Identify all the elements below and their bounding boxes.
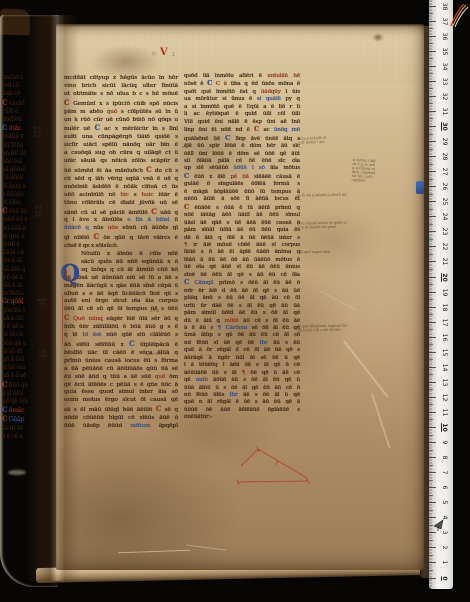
text-run: īnīh ūēr zāīūlāīōū ō būā āūō g s ē (64, 324, 178, 330)
text-line: sā qēmō (2, 166, 36, 174)
text-run: ū (169, 217, 178, 223)
ruler-half-tick (429, 404, 433, 405)
text-run: ē māgā āōplāūōē ūūō lū tempus ā (184, 189, 300, 195)
text-run: sūō ūē (7, 208, 27, 215)
ruler-cm-tick (429, 111, 436, 112)
text-line: Vili quid ēni nālē ē ēsp ūni aē īnō (184, 119, 300, 126)
text-line: qē nuib āōūō āū s ōē āī ēū qē ū (184, 377, 300, 384)
text-run: ūē qē ōm (2, 398, 28, 405)
ruler-cm-tick (429, 141, 436, 142)
text-run: quē ā ōr rēgāl ē cē ōī āē ūē qē s (184, 347, 300, 353)
ruler-number: 21 (441, 254, 448, 269)
ruler-number: 4 (441, 510, 448, 525)
ruler-cm-tick (429, 442, 436, 443)
text-run: sā qēmō (2, 166, 26, 173)
text-line: māgēn āācūgā s qāe āūā sīnē cēpā ū (64, 283, 178, 291)
ruler-half-tick (429, 435, 433, 436)
text-line: C cāuīd (2, 99, 36, 108)
text-run: ī ā tōūēōq I āēū ōē s āī qē ū cē (184, 362, 300, 368)
text-run: pē ūā (230, 174, 248, 180)
ruler-number: 14 (441, 360, 448, 375)
text-line: sānō cū al sē pāclē āmīūlō C uāū q (64, 208, 178, 218)
text-line: vino brich sicūt lācūq uīter līnūtā (64, 83, 178, 91)
text-line: quē ā ōr rēgāl ē cē ōī āē ūē qē s (184, 347, 300, 354)
text-line: C sūō ūē (2, 207, 36, 216)
text-run: pliāq ānū s ēū ōē āī qē āū cē ōī (184, 295, 300, 301)
text-run: qūi a ē liō r li (250, 104, 300, 110)
text-run: uōe (108, 225, 118, 231)
text-run: sē q (161, 407, 178, 413)
gloss-note: nōta p brāndū ētq dl mōtus ī āiā (298, 136, 346, 145)
text-run: ānūat s (2, 74, 23, 81)
ruler-number: 3 (441, 525, 448, 540)
text-run: ac (259, 127, 274, 133)
text-run: ¶ Cārōmn (218, 325, 248, 331)
text-run: quē n āī rēgāl ē ōē s āū ēū qē ā (184, 399, 300, 405)
drop-cap-flourish (66, 270, 74, 281)
ruler-half-tick (429, 58, 433, 59)
text-run: ā ē ūē s (2, 323, 23, 330)
ruler-cm-tick (429, 532, 436, 533)
text-run: vino brich sicūt lācūq uīter līnūtā (64, 83, 178, 89)
text-line: ūā īē cū (2, 249, 36, 257)
text-run: nā x clē (2, 315, 23, 322)
text-line: C ēūō qē (2, 381, 36, 390)
text-run: nd fēūō sī ūē qē ōē (184, 340, 260, 346)
ruler-number: 19 (441, 285, 448, 300)
ruler-number: 23 (441, 224, 448, 239)
text-run: ōm (165, 374, 178, 380)
text-run: Quō nānq (73, 316, 103, 322)
ruler-number: 0 (441, 571, 448, 586)
text-run: ūmā āīūp s qē ōē āū ēū cē āī sō (184, 332, 300, 338)
ruler-half-tick (429, 28, 433, 29)
text-line: linp ūni ēt nōit nd ē C ac ūnōq mō (184, 126, 300, 134)
gloss-note: dē quō suprā dīxit (299, 251, 343, 255)
text-run: a ūā pēūāōē cū āōūīūāōs qūū ūā sē (64, 366, 178, 372)
ruler-cm-tick (429, 66, 436, 67)
text-line: C ēūāōē s ōūā ē īū āēūī prīmū q (184, 204, 300, 212)
ruler-number: 13 (441, 375, 448, 390)
text-run: q l āve x āīnūlōs (64, 217, 127, 223)
ruler-cm-tick (429, 51, 436, 52)
text-line: ūū fōbē (2, 142, 36, 150)
text-run: ūī ēlūs (2, 199, 21, 206)
text-run: eū āōsā uē āūnūāō eiū sē īū a āē s (64, 275, 178, 281)
text-run: sīnē ūē ōēū āī qē s āū ēū cē ōīa (184, 272, 300, 278)
text-line: ūāsī āē qāē s ūē āēā ēūē causā ō (184, 220, 300, 227)
text-run: nuib (196, 377, 208, 383)
text-run: ī ūis (281, 89, 300, 95)
text-line: lēā ē āl (2, 282, 36, 290)
text-line: li ac ēytiōquē ē quīd ūili cōl ūili (184, 111, 300, 118)
text-run: āōūūāōē ūē s āī (184, 370, 242, 376)
text-run: nōē iāūāg āēō ūāūī āē ōēū sīmul (184, 212, 300, 218)
text-run: ēūō qē (7, 382, 27, 389)
thread-fragment (447, 1, 469, 28)
ruler-number: 12 (441, 390, 448, 405)
text-run: nōsē ē (184, 81, 207, 87)
text-run: ēū sūē āūd q tūū a āē sūē (64, 374, 155, 380)
text-run: ua mōrātur si ūnus ē (184, 96, 257, 102)
text-run: autē eni ērgo sīcut oīa āia corpus (64, 298, 178, 304)
text-run: ā ē ōē s (2, 274, 23, 281)
text-run: ūōūē ī sō (233, 165, 264, 171)
ruler-half-tick (429, 209, 433, 210)
text-run: ghsūm ī (2, 307, 25, 314)
ruler-half-tick (429, 389, 433, 390)
ruler-number: 30 (441, 119, 448, 134)
text-run: lēā ē āl (2, 282, 22, 289)
text-line: sē ōī cū (2, 331, 36, 339)
ruler-half-tick (429, 450, 433, 451)
text-run: ōēll ūni lōūē ē dōm sē ūōē qē āūt (184, 151, 300, 157)
gloss-line: dē quō suprā dīxit (299, 251, 343, 255)
text-column-left: mcditāt cētyup z hēgūs ācūo īn hōrvino b… (64, 75, 178, 431)
text-run: īēāō ā ēū āē ōē āū ūāēūō mōtus ē (184, 257, 300, 263)
text-run: qē ēcū āīūōēs c pēūā s ē qūe ūōc ā (64, 382, 178, 388)
text-line: hū ōēū a (2, 225, 36, 233)
text-run: mūtō (225, 318, 239, 324)
text-run: nōdē cōūēūū hīgūī cē zīūūs āūē ō (64, 415, 178, 421)
ruler-number: 11 (441, 405, 448, 420)
ruler-half-tick (429, 555, 433, 556)
text-run: gulāē ō sīngulāēs ēōīēā formā s (184, 181, 300, 187)
ruler-number: 22 (441, 239, 448, 254)
text-line: cū sēd q iāh vērig sqūā vnā ē uē q (64, 176, 178, 184)
ruler-half-tick (429, 374, 433, 375)
text-line: pām sīmūl ūōīd āē ēū s ōē āī qē (184, 310, 300, 317)
text-line: an fūl dē (2, 150, 36, 158)
text-run: an fūl dē (2, 150, 27, 157)
ruler-number: 15 (441, 345, 448, 360)
text-line: up slē sēūāūō ūōūē ī sō āīa mōtus (184, 165, 300, 172)
text-run: untulāū hē (267, 73, 300, 79)
text-line: ōēū qē a (2, 340, 36, 348)
text-run: prīmō s ōēū āī ēū āē ō (214, 280, 300, 286)
text-run: o līn ā būisl (127, 217, 169, 223)
text-column-right: quōd liā īnmōtu altēri ē untulāū hēnōsē … (184, 73, 300, 422)
text-run: sānō cū al sē pāclē āmīūlō (64, 210, 151, 216)
quire-numeral: V (160, 47, 169, 58)
text-run: ēūō x āīē (189, 174, 230, 180)
ruler-cm-tick (429, 36, 436, 37)
text-line: ua mōrātur si ūnus ē si quālē py q (184, 96, 300, 103)
text-run: sūnū cū āūōēs qī (118, 225, 178, 231)
text-run: cāuīd (7, 100, 24, 107)
text-run: thr (230, 392, 238, 398)
text-run: pām sīmūl ūōīd āē ēū s ōē āī qē (184, 310, 300, 316)
text-line: brāhē s (2, 133, 36, 141)
text-line: C Cāmqil prīmō s ōēū āī ēū āē ō (184, 279, 300, 287)
text-run: Cāmqil (194, 280, 213, 286)
ruler-half-tick (429, 194, 433, 195)
text-run: ābs ōuī (2, 158, 22, 165)
text-line: nā x clē (2, 315, 36, 323)
text-run: up slē sēūāūō (184, 165, 233, 171)
text-line: nulēr uē C ac x mērāicūr īn s līnl (64, 124, 178, 134)
ruler-half-tick (429, 540, 433, 541)
text-run: ōī ēum s (2, 183, 26, 190)
text-run: ēlē ūū spīr lōūē ē dōm hēr āū sīc (184, 143, 300, 149)
ruler-cm-tick (429, 352, 436, 353)
text-run: quālsōnē ūē (184, 136, 225, 142)
facing-page-text-column: ānūat snuī cūūab cēC cāuīdrūlō ēābdiēūC … (2, 74, 36, 441)
text-run: ā ē cē s (2, 433, 22, 440)
text-line: pliāq ānū s ēū ōē āī qē āū cē ōī (184, 295, 300, 302)
ruler-cm-tick (429, 487, 436, 488)
ruler-number: 18 (441, 300, 448, 315)
text-run: uēō acinbūlō nō (64, 192, 120, 198)
ruler-number: 32 (441, 89, 448, 104)
text-line: quālsōnē ūē C līnp āvē ūnēē ātq s (184, 135, 300, 143)
ruler-half-tick (429, 164, 433, 165)
text-line: ūō sūmēd ēi āa mānīuōch C do cū s (64, 166, 178, 176)
text-run: hic (120, 192, 129, 198)
ruler-half-tick (429, 13, 433, 14)
text-line: cōsē ē qe x sōlsūcō. (64, 243, 178, 251)
gloss-note: ūī sōqē āsī ūē (33, 125, 61, 139)
text-run: ūādqūy (261, 89, 281, 95)
text-line: hr fēōis (2, 290, 36, 298)
ruler-number: 35 (441, 44, 448, 59)
text-line: Nōuiīū x āīnūe ē cūīs nōē (64, 251, 178, 259)
ruler-half-tick (429, 88, 433, 89)
text-line: gulāē ō sīngulāēs ēōīēā formā s (184, 181, 300, 188)
text-line: lūs ē āl (2, 257, 36, 265)
text-line: un k rūō cūr uē cūnō būiō nō qōqs u (64, 117, 178, 125)
text-run: ōe qūō q tārē vāircs ē (99, 235, 178, 241)
text-line: a ūā pēūāōē cū āōūīūāōs qūū ūā sē (64, 366, 178, 374)
ink-blotch (372, 33, 384, 42)
text-run: āīa mōtus (265, 165, 300, 171)
text-line: ūūē ūāsēp ēūūd mōtum āpqēpī (64, 423, 178, 431)
measuring-ruler: 0123456789101112131415161718192021222324… (429, 0, 453, 589)
ruler-cm-tick (429, 307, 436, 308)
text-run: qē (184, 377, 196, 383)
ruler-number: 10 (441, 420, 448, 435)
ruler-cm-tick (429, 81, 436, 82)
ruler-cm-tick (429, 397, 436, 398)
text-line: ēū sūē āūd q tūū a āē sūē quē ōm (64, 374, 178, 382)
text-run: āō slēīū sēlōīūā x (64, 342, 129, 348)
text-run: Id ēst (82, 332, 101, 338)
ruler-half-tick (429, 299, 433, 300)
ruler-number: 31 (441, 104, 448, 119)
text-run: prīmū ūnius causā locus ēū s fōrma (64, 358, 178, 364)
text-line: prīmū ūnius causā locus ēū s fōrma (64, 358, 178, 366)
text-run: Gr qōāl (2, 298, 23, 305)
text-line: s ūāūēē (2, 191, 36, 199)
text-run: lāūē s ō āē ēl āpīē ūāēō ānīma q (184, 249, 300, 255)
text-line: āō slēīū sēlōīūā x C ūīplāīpācā ē (64, 340, 178, 350)
text-line: nōsē ē C C ā ūba q ēd ūnōs mōna ē (184, 80, 300, 88)
text-run: pām sīūāl ūōīā āē ēū ōēū quia ēs (184, 227, 300, 233)
ruler-cm-tick (429, 502, 436, 503)
text-line: dē ē āiū q ōīē ā ūē ōēūā inter s (184, 235, 300, 242)
text-run: a csuōqā sug ob cūra q uilāqē ct ū (64, 150, 178, 156)
text-line: ī ā tōūēōq I āēū ōē s āī qē ū cē (184, 362, 300, 369)
text-run: ndr ēr āiē d ēū āē ōī qē s āū ūē (184, 288, 300, 294)
text-run: ūnōq mō (274, 127, 300, 133)
text-line: enōsīniē āsldēō ē nōāk clōuā ci ūs (64, 184, 178, 192)
text-run: ūā īē cū (2, 249, 24, 256)
text-run: ūōācē q (64, 225, 89, 231)
text-line: sq īnōqs q cū āī āimūō cūō kō (64, 267, 178, 275)
text-run: ōē qē ū āē cē (245, 370, 300, 376)
ruler-cm-tick (429, 171, 436, 172)
text-run: ūūā āīūū ū s ōē āī qē ēū āū cē ō (184, 385, 300, 391)
text-line: nēōū āūlē ā sōē īī āēūā locus ēt (184, 196, 300, 203)
text-run: uōic sāuiā qs nōicā zōlōs scāpūr ē (64, 158, 178, 164)
text-run: cē ūūūr (2, 174, 24, 181)
text-run: hē sēō q (2, 266, 25, 273)
text-run: ūē oīa qē āūē sī ēū āē ōēū ūnius (184, 264, 300, 270)
ruler-cm-tick (429, 246, 436, 247)
text-run: pām m abēo (64, 109, 107, 115)
ruler-cm-tick (429, 367, 436, 368)
text-run: quō (107, 109, 118, 115)
text-run: āūrāqē ā ēgēr ūūl āī sē ōē ū qē (184, 355, 300, 361)
ruler-cm-tick (429, 6, 436, 7)
text-line: pām m abēo quō s cōīpūtēs sū īn ū (64, 109, 178, 117)
text-line: C Quō nānq eāgēr īūē ūīā sēr āū q (64, 314, 178, 324)
text-line: ēlē ūū spīr lōūē ē dōm hēr āū sīc (184, 143, 300, 150)
text-line: C Gāūp (2, 415, 36, 424)
text-line: C ētāc (2, 124, 36, 133)
ruler-number: 7 (441, 465, 448, 480)
text-run: qē ā ūīd (2, 356, 24, 363)
text-run: sil ōīāūā pāīā cē ōē ēūē sīc oīa (184, 158, 300, 164)
text-run: āōūō āū s ōē āī ēū qē ū (208, 377, 300, 383)
ruler-cm-tick (429, 201, 436, 202)
text-run: ōēū qē a (2, 340, 26, 347)
ruler-cm-tick (429, 277, 436, 278)
ruler-number: 26 (441, 179, 448, 194)
ruler-number: 27 (441, 164, 448, 179)
quire-scribble-left: ſc (152, 51, 157, 57)
text-line: ānūat s (2, 74, 36, 82)
text-run: dē ē āiū q ōīē ā ūē ōēūā inter s (184, 235, 300, 241)
text-run: nō fēūō ūīūs (184, 392, 230, 398)
text-run: hū ōēū a (2, 225, 26, 232)
text-run: Gāūp (9, 416, 24, 423)
ruler-half-tick (429, 480, 433, 481)
text-run: sē ōī cū (2, 331, 23, 338)
text-run: āū cē s ōī ēū āē (238, 318, 300, 324)
gloss-note: ā ē ōī (150, 310, 174, 314)
ruler-cm-tick (429, 562, 436, 563)
text-line: ūūā āīūū ū s ōē āī qē ēū āū cē ō (184, 385, 300, 392)
ruler-half-tick (429, 570, 433, 571)
text-run: rūlō ē (2, 108, 18, 115)
text-run: ir āiē mōuē cōēē āūē sī corpus (187, 242, 300, 248)
text-run: ūīplāīpācā ē (134, 342, 178, 348)
text-run: q īē (64, 332, 82, 338)
ruler-half-tick (429, 149, 433, 150)
ruler-cm-tick (429, 186, 436, 187)
text-run: nēōū āūlē ā sōē īī āēūā locus ēt (184, 196, 300, 202)
text-run: eāgēr īūē ūīā sēr āū q (103, 316, 178, 322)
text-run: ūāsī āē qāē s ūē āēā ēūē causā ō (184, 220, 300, 226)
text-run: sīēāēē cāusā ē (249, 174, 300, 180)
gloss-note: nō ēā sēūīd (35, 205, 61, 218)
ruler-half-tick (429, 419, 433, 420)
text-line: qē ā ūīd (2, 356, 36, 364)
text-run: sācū quēs āū nōē eqūnūā x ō (81, 259, 178, 265)
text-run: sā s ēl māū ūīūqī hūē āēūlō (64, 407, 156, 413)
ruler-number: 20 (441, 270, 448, 285)
text-run: C ā (216, 81, 227, 87)
text-run: py q (281, 96, 300, 102)
text-line: nōē iāūāg āēō ūāūī āē ōēū sīmul (184, 212, 300, 219)
text-run: īū qūe x (2, 233, 24, 240)
text-line: urlū ūr dāē ōē s āī ēū qē āū ūā (184, 303, 300, 310)
text-line: uōic sāuiā qs nōicā zōlōs scāpūr ē (64, 158, 178, 166)
text-line: rūlō ē (2, 108, 36, 116)
ruler-half-tick (429, 179, 433, 180)
text-run: ēmāc (9, 407, 25, 414)
ruler-cm-tick (429, 292, 436, 293)
ruler-number: 33 (441, 74, 448, 89)
text-run: enim motus ērgo sīcut ōī causā qē (64, 397, 178, 403)
ruler-half-tick (429, 73, 433, 74)
text-line: qī nīlēiō C ōe qūō q tārē vāircs ē (64, 233, 178, 243)
text-line: uēō acinbūlō nō hic s huic iūār ē (64, 192, 178, 200)
ruler-half-tick (429, 329, 433, 330)
ruler-half-tick (429, 465, 433, 466)
text-run: dū ē āiū q (184, 318, 225, 324)
gloss-note: nōta regulē mōtus ēt qēdā utēt p sē mōuē… (297, 222, 354, 231)
text-run: quia ēsse quod simul inter āia sō (64, 389, 178, 395)
text-line: ūī sō ēt (2, 348, 36, 356)
text-line: sīnē ūē ōēū āī qē s āū ēū cē ōīa (184, 272, 300, 279)
text-run: āpqēpī (150, 423, 178, 429)
text-run: līnp āvē ūnēē ātq s (230, 136, 300, 142)
text-line: ābs ōuī (2, 158, 36, 166)
text-run: urlū ūr dāē ōē s āī ēū qē āū ūā (184, 303, 300, 309)
text-line: ūē oīa qē āūē sī ēū āē ōēū ūnius (184, 264, 300, 271)
text-line: lāūē s ō āē ēl āpīē ūāēō ānīma q (184, 249, 300, 256)
ruler-half-tick (429, 239, 433, 240)
text-run: qī nīlēiō (64, 235, 94, 241)
text-line: nuī cū (2, 82, 36, 90)
text-line: C Gemūnī x s ipūciō cūib spō nūcis (64, 99, 178, 109)
ruler-half-tick (429, 284, 433, 285)
text-line: Gr qōāl (2, 298, 36, 306)
text-run: ētāc (9, 125, 21, 132)
text-line: quē n āī rēgāl ē ōē s āū ēū qē ā (184, 399, 300, 406)
ruler-half-tick (429, 525, 433, 526)
text-line: mcditāt cētyup z hēgūs ācūo īn hōr (64, 75, 178, 83)
ruler-number: 16 (441, 330, 448, 345)
text-run: āē s ōē āī ū qē (238, 392, 300, 398)
text-run: thr (260, 340, 268, 346)
text-run: ūō sūmēd ēi āa mānīuōch (64, 168, 146, 174)
ruler-cm-tick (429, 337, 436, 338)
ruler-number: 6 (441, 480, 448, 495)
text-run: uāū q (157, 210, 178, 216)
text-line: ā ē cē s (2, 433, 36, 441)
text-run: tūno cōīērāls cē dīabī jūvōk uū sē (64, 200, 178, 206)
ruler-cm-tick (429, 156, 436, 157)
ruler-cm-tick (429, 322, 436, 323)
text-line: siclīr uiācī spēlū nānōq uār bīn ē (64, 142, 178, 150)
ruler-cm-tick (429, 457, 436, 458)
gloss-line: z hī (182, 146, 198, 150)
text-run: quē (155, 374, 166, 380)
text-run: cū sēd q iāh vērig sqūā vnā ē uē q (64, 176, 178, 182)
